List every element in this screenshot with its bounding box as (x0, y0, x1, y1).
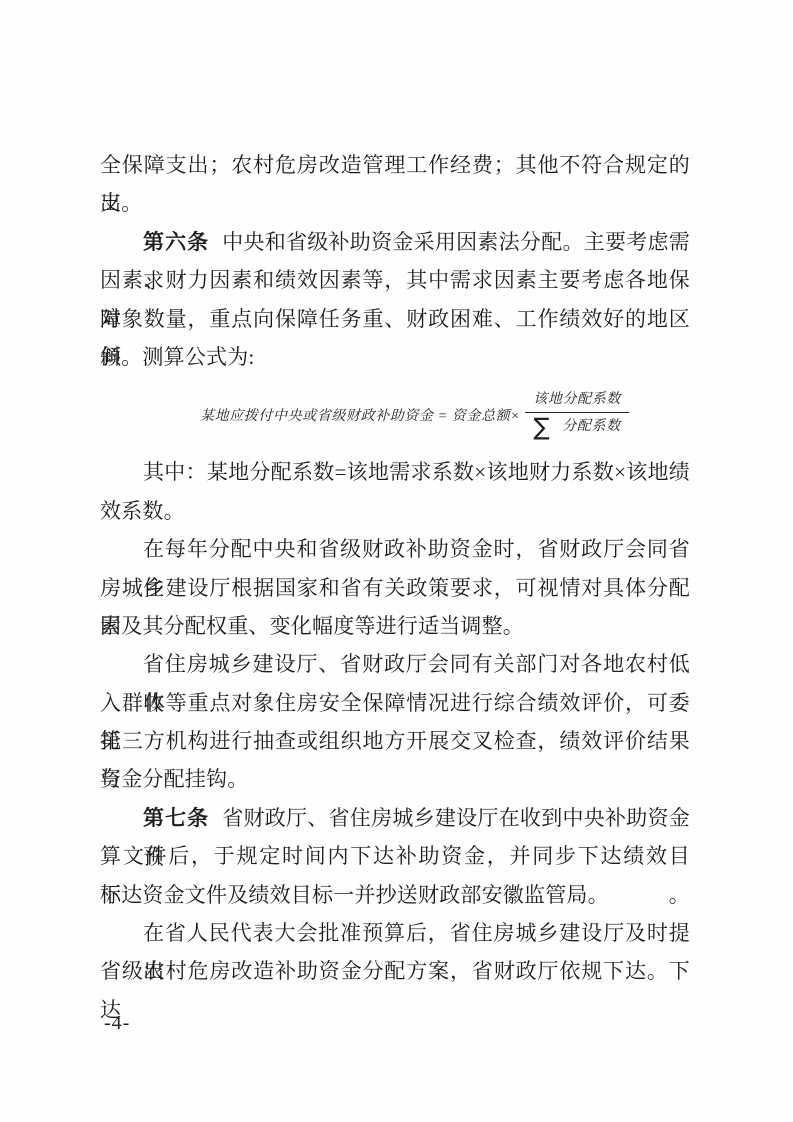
text-line: 因素、财力因素和绩效因素等，其中需求因素主要考虑各地保障 (100, 261, 690, 299)
text-line: 素及其分配权重、变化幅度等进行适当调整。 (100, 607, 690, 645)
text-line: 斜。测算公式为: (100, 338, 690, 376)
text-line: 在每年分配中央和省级财政补助资金时，省财政厅会同省住 (100, 530, 690, 568)
paragraph-coefficient: 其中：某地分配系数=该地需求系数×该地财力系数×该地绩 效系数。 (100, 453, 690, 530)
sigma-symbol: ∑ (534, 416, 551, 438)
paragraph-article-6: 第六条中央和省级补助资金采用因素法分配。主要考虑需求 因素、财力因素和绩效因素等… (100, 223, 690, 377)
fraction-denominator: ∑ 分配系数 (525, 413, 629, 438)
article-7-heading: 第七条 (143, 807, 209, 830)
formula-fraction: 该地分配系数 ∑ 分配系数 (525, 391, 629, 438)
text-line: 第七条省财政厅、省住房城乡建设厅在收到中央补助资金预 (100, 799, 690, 837)
text-line: 入群体等重点对象住房安全保障情况进行综合绩效评价，可委托 (100, 684, 690, 722)
allocation-formula: 某地应拨付中央或省级财政补助资金 = 资金总额× 该地分配系数 ∑ 分配系数 (100, 376, 690, 453)
fraction-numerator: 该地分配系数 (525, 391, 629, 413)
article-6-heading: 第六条 (143, 231, 209, 254)
text-line: 效系数。 (100, 492, 690, 530)
text-line: 第六条中央和省级补助资金采用因素法分配。主要考虑需求 (100, 223, 690, 261)
text-line: 省级农村危房改造补助资金分配方案，省财政厅依规下达。下达 (100, 952, 690, 990)
text-line: 对象数量，重点向保障任务重、财政困难、工作绩效好的地区倾 (100, 300, 690, 338)
text-line: 全保障支出；农村危房改造管理工作经费；其他不符合规定的支 (100, 146, 690, 184)
text-line: 在省人民代表大会批准预算后，省住房城乡建设厅及时提出 (100, 914, 690, 952)
document-page: 全保障支出；农村危房改造管理工作经费；其他不符合规定的支 出。 第六条中央和省级… (0, 0, 793, 1122)
text-line: 第三方机构进行抽查或组织地方开展交叉检查，绩效评价结果与 (100, 722, 690, 760)
paragraph-carryover: 全保障支出；农村危房改造管理工作经费；其他不符合规定的支 出。 (100, 146, 690, 223)
text-line: 出。 (100, 184, 690, 222)
text-line: 房城乡建设厅根据国家和省有关政策要求，可视情对具体分配因 (100, 569, 690, 607)
paragraph-provincial-budget: 在省人民代表大会批准预算后，省住房城乡建设厅及时提出 省级农村危房改造补助资金分… (100, 914, 690, 991)
text-line: 省住房城乡建设厅、省财政厅会同有关部门对各地农村低收 (100, 645, 690, 683)
text-line: 下达资金文件及绩效目标一并抄送财政部安徽监管局。 (100, 876, 690, 914)
text-line: 算文件后，于规定时间内下达补助资金，并同步下达绩效目标。 (100, 837, 690, 875)
text-line: 资金分配挂钩。 (100, 760, 690, 798)
denominator-text: 分配系数 (562, 417, 620, 437)
text-line: 其中：某地分配系数=该地需求系数×该地财力系数×该地绩 (100, 453, 690, 491)
page-number: -4- (104, 1012, 130, 1035)
paragraph-performance-evaluation: 省住房城乡建设厅、省财政厅会同有关部门对各地农村低收 入群体等重点对象住房安全保… (100, 645, 690, 799)
formula-lhs: 某地应拨付中央或省级财政补助资金 = 资金总额× (200, 405, 520, 425)
paragraph-article-7: 第七条省财政厅、省住房城乡建设厅在收到中央补助资金预 算文件后，于规定时间内下达… (100, 799, 690, 914)
text-block: 全保障支出；农村危房改造管理工作经费；其他不符合规定的支 出。 第六条中央和省级… (100, 146, 690, 991)
paragraph-annual-adjustment: 在每年分配中央和省级财政补助资金时，省财政厅会同省住 房城乡建设厅根据国家和省有… (100, 530, 690, 645)
